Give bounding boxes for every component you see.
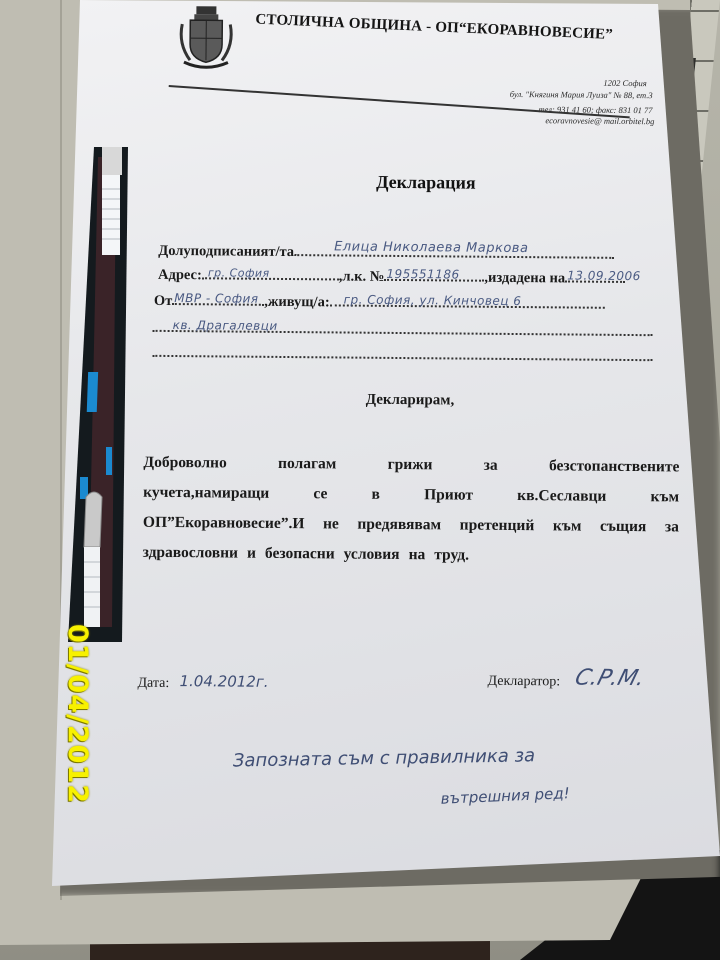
field-residence-continued[interactable]: кв. Драгалевци xyxy=(153,318,653,336)
word: Приют xyxy=(424,480,473,510)
signature[interactable]: С.Р.М. xyxy=(572,666,648,692)
field-value-id: 195551186 xyxy=(386,267,459,282)
organization-name: СТОЛИЧНА ОБЩИНА - ОП“ЕКОРАВНОВЕСИЕ” xyxy=(255,11,613,44)
word: ОП”Екоравновесие”.И xyxy=(143,508,305,539)
field-address[interactable]: гр. София xyxy=(202,265,339,280)
field-value-name: Елица Николаева Маркова xyxy=(334,239,528,256)
word: безопасни xyxy=(265,539,335,570)
word: полагам xyxy=(278,449,337,480)
field-value-residence-cont: кв. Драгалевци xyxy=(173,318,278,333)
field-row-name: Долуподписаният/таЕлица Николаева Марков… xyxy=(158,241,614,264)
word: за xyxy=(665,512,679,542)
photo-timestamp: 01/04/2012 xyxy=(62,624,93,804)
paragraph-line: ОП”Екоравновесие”.И не предявявам претен… xyxy=(143,508,679,543)
address-street: бул. "Княгиня Мария Луиза" № 88, ет.3 xyxy=(510,89,653,100)
word: здравословни xyxy=(143,538,239,569)
declaration-paragraph: Доброволно полагам грижи за безстопанств… xyxy=(143,448,680,573)
field-label-issued: ,издадена на xyxy=(484,270,565,287)
email: ecoravnovesie@ mail.orbitel.bg xyxy=(545,115,654,126)
field-row-issuer: ОтМВР - София,живущ/а:гр. София, ул. Кин… xyxy=(154,291,605,314)
word: в xyxy=(371,480,380,510)
word: условия xyxy=(344,540,400,570)
word: към xyxy=(553,511,582,541)
field-issued-date[interactable]: 13.09.2006 xyxy=(565,268,625,283)
field-label-residence: ,живущ/а: xyxy=(264,294,330,311)
field-value-residence: гр. София, ул. Кинчовец 6 xyxy=(344,293,522,309)
field-row-address: Адрес:гр. София,л.к. №195551186,издадена… xyxy=(158,265,625,288)
word: не xyxy=(323,509,339,539)
field-id-number[interactable]: 195551186 xyxy=(384,267,484,282)
word: и xyxy=(247,539,256,569)
paragraph-line: Доброволно полагам грижи за безстопанств… xyxy=(143,448,679,483)
word: на xyxy=(408,540,425,570)
field-label-issuer: От xyxy=(154,293,173,309)
word: се xyxy=(313,479,327,509)
handwritten-note-line1: Запозната съм с правилника за xyxy=(233,745,536,771)
field-issuer[interactable]: МВР - София xyxy=(172,291,264,306)
coat-of-arms-icon xyxy=(176,4,237,71)
field-label-address: Адрес: xyxy=(158,267,202,283)
word: претенций xyxy=(460,511,535,542)
word: кучета,намиращи xyxy=(143,478,269,509)
date-label: Дата: xyxy=(137,676,169,692)
word: труд. xyxy=(434,540,469,570)
word: грижи xyxy=(388,450,433,480)
field-row-blank xyxy=(152,343,652,366)
paragraph-line: кучета,намиращи се в Приют кв.Сеславци к… xyxy=(143,478,679,513)
handwritten-note-line2: вътрешния ред! xyxy=(440,784,570,808)
field-name[interactable]: Елица Николаева Маркова xyxy=(294,242,614,259)
field-value-issuer: МВР - София xyxy=(174,291,258,306)
address-city: 1202 София xyxy=(603,78,646,88)
date-value[interactable]: 1.04.2012г. xyxy=(179,672,268,691)
word: Доброволно xyxy=(143,448,227,479)
word: кв.Сеславци xyxy=(517,481,606,512)
field-residence[interactable]: гр. София, ул. Кинчовец 6 xyxy=(330,292,605,308)
word: същия xyxy=(600,512,647,542)
word: за xyxy=(484,451,498,481)
field-label-name: Долуподписаният/та xyxy=(158,243,294,260)
field-label-id: ,л.к. № xyxy=(339,268,385,284)
field-value-address: гр. София xyxy=(208,266,270,280)
field-row-residence-cont: кв. Драгалевци xyxy=(153,318,653,341)
paragraph-line: здравословни и безопасни условия на труд… xyxy=(143,538,679,573)
declarant-label: Декларатор: xyxy=(487,674,560,691)
word: към xyxy=(650,482,679,512)
binder-strip-icon xyxy=(68,147,128,642)
word: безстопанствените xyxy=(549,451,680,482)
field-blank-line[interactable] xyxy=(152,343,652,361)
word: предявявам xyxy=(357,510,441,541)
field-value-issued: 13.09.2006 xyxy=(567,268,641,283)
